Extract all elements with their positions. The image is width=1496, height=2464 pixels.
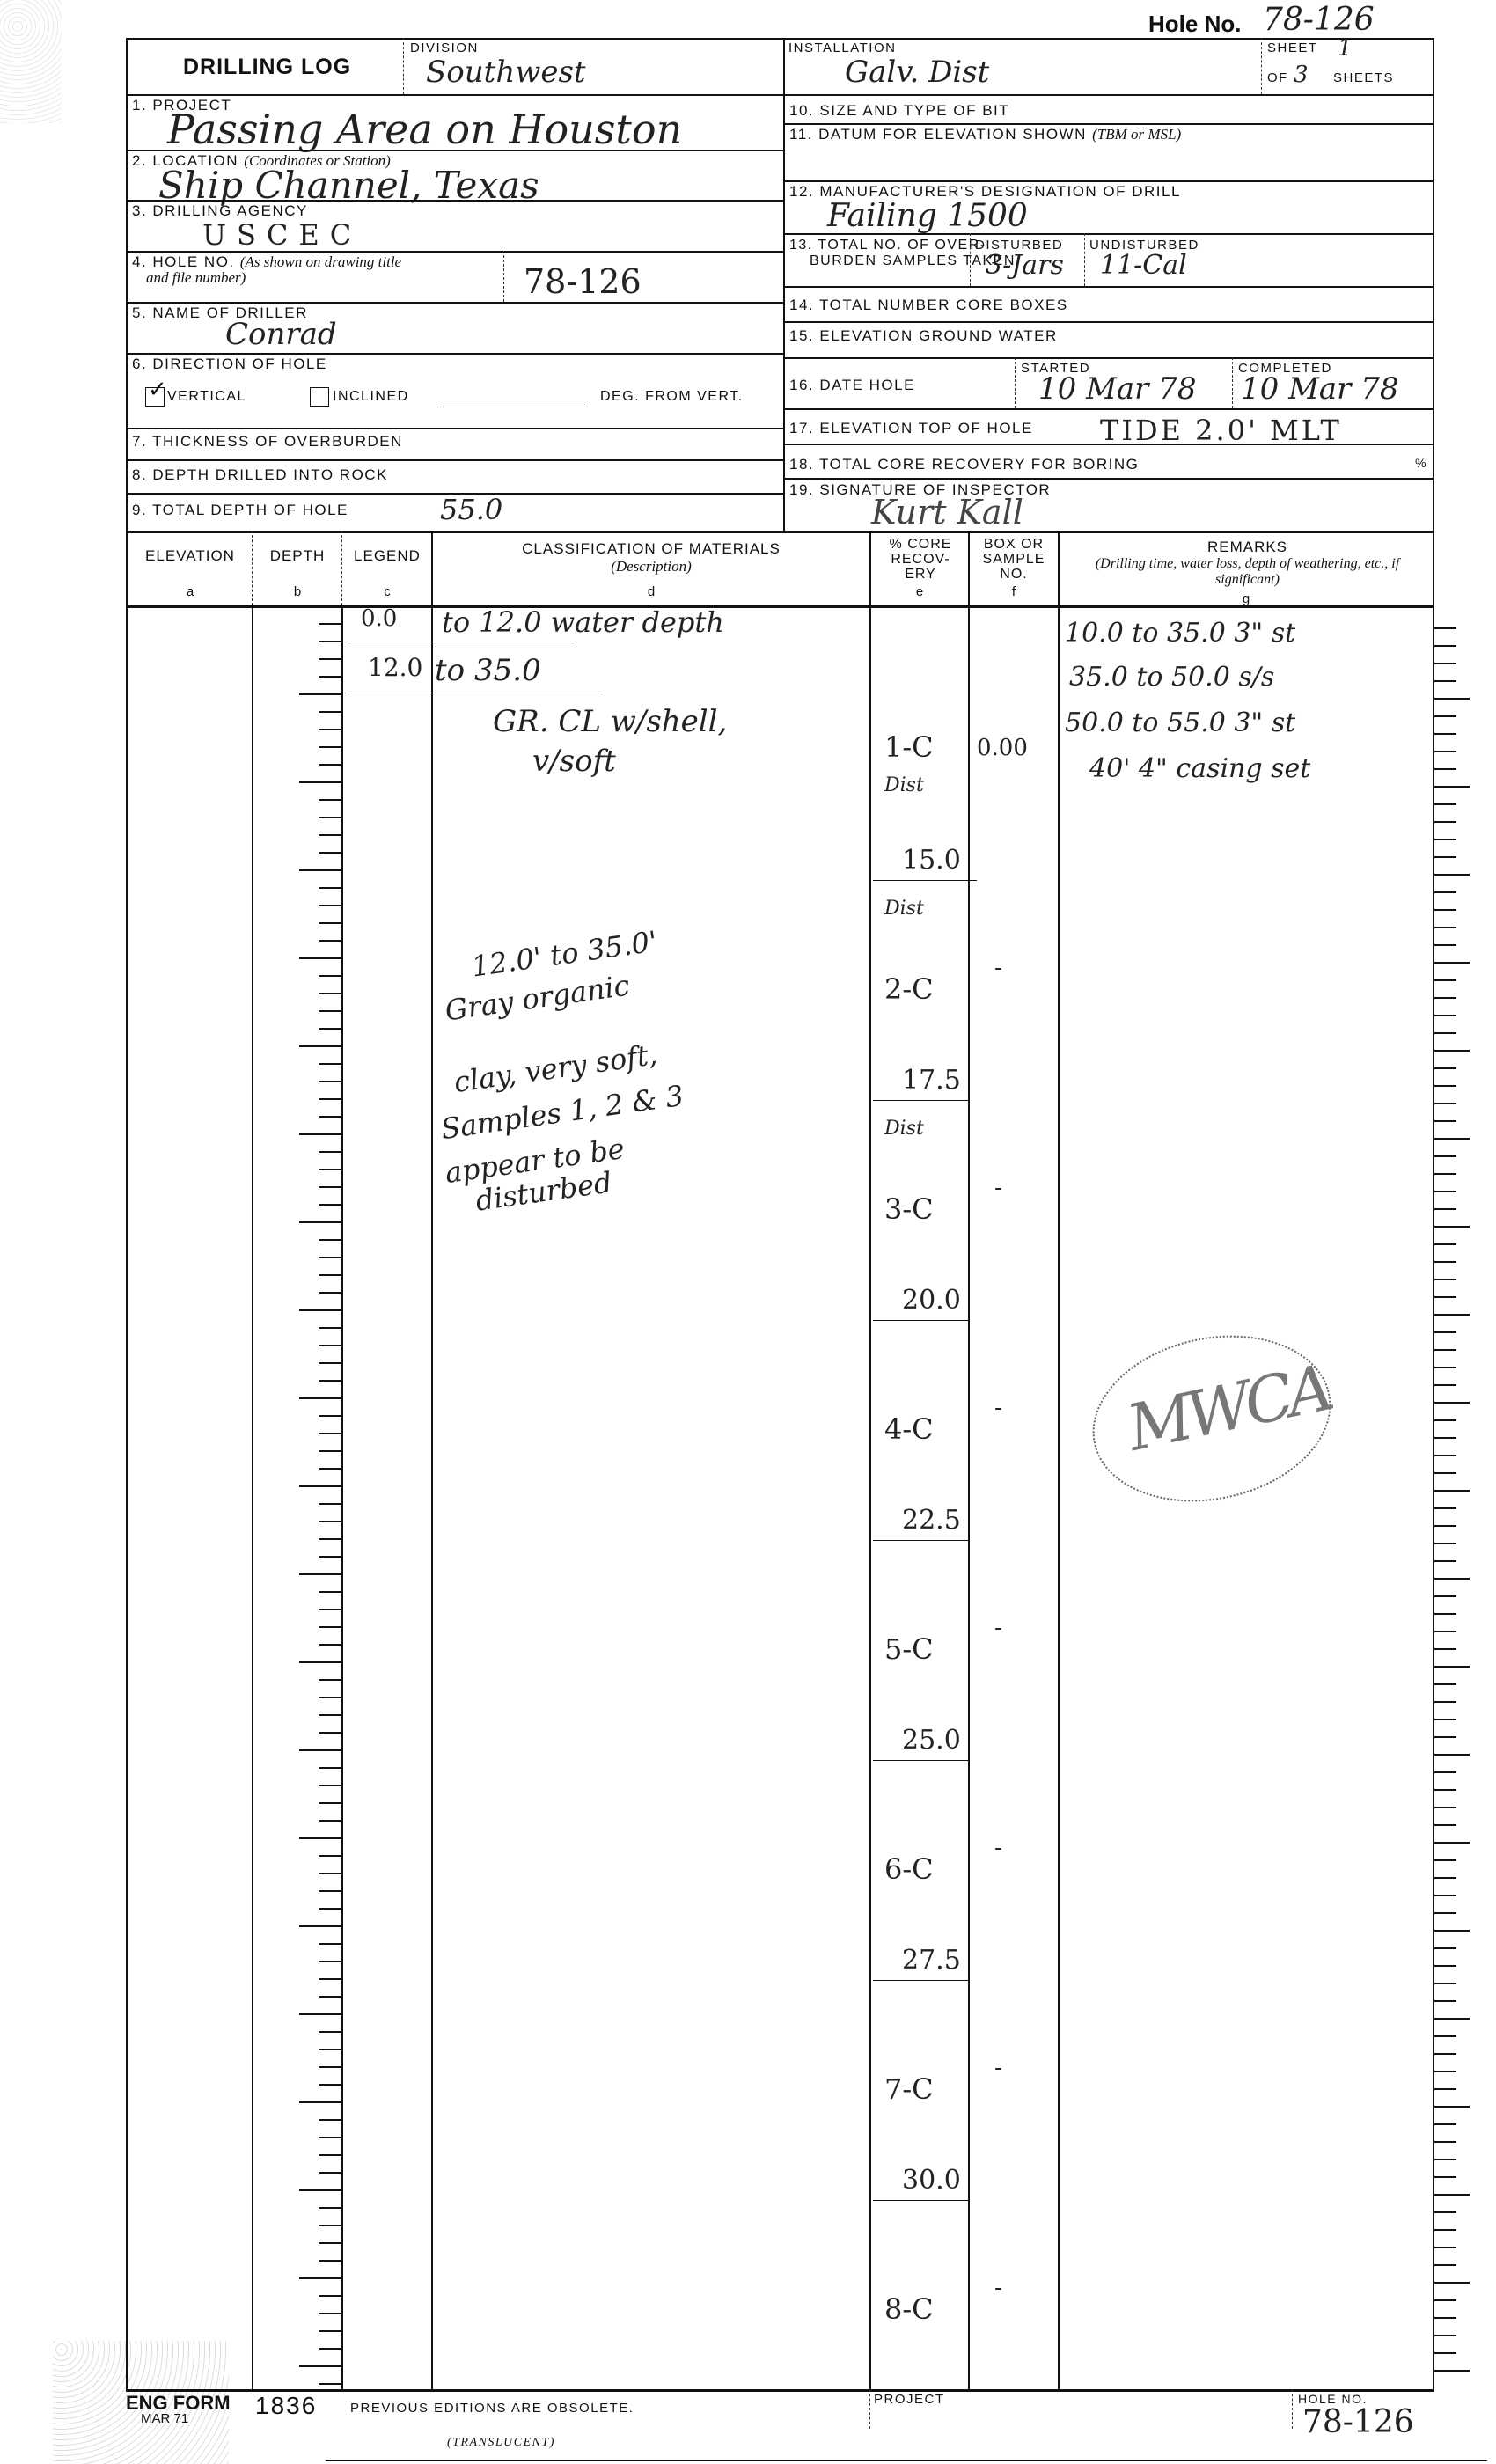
sample-divider [873,1980,968,1981]
ruler-tick [319,2295,341,2297]
undisturbed-value[interactable]: 11-Cal [1100,250,1187,281]
ruler-tick [1434,1173,1456,1175]
col-divider [341,605,343,2389]
ruler-tick [1434,1032,1456,1034]
division-divider [403,38,404,94]
sample-end-depth: 22.5 [902,1505,961,1536]
ruler-tick [1434,1947,1456,1949]
ruler-tick [1434,1719,1456,1720]
col-header-remarks: REMARKS (Drilling time, water loss, dept… [1065,539,1430,588]
ruler-tick [1434,1807,1456,1808]
vertical-checkbox[interactable]: ✓ [145,387,165,407]
ruler-tick [319,711,341,713]
row-divider [783,444,1433,445]
sample-end-depth: 25.0 [902,1725,961,1756]
ruler-tick [299,1485,341,1487]
sample-id: 5-C [884,1632,934,1666]
started-divider [1015,357,1016,408]
ruler-tick [319,2348,341,2350]
sample-divider [873,1760,968,1761]
ruler-tick [1434,1578,1470,1580]
ruler-tick [299,2101,341,2103]
legend-entry: 0.0 [361,605,397,632]
row-divider [783,233,1433,235]
ruler-tick [319,1503,341,1505]
ruler-tick [319,940,341,942]
ruler-tick [319,2330,341,2332]
ruler-tick [299,1221,341,1223]
ruler-tick [1434,1560,1456,1562]
ruler-tick [1434,2282,1470,2284]
header-split [783,38,785,531]
frame-top [126,38,1433,40]
ruler-tick [319,1732,341,1734]
col-divider [341,531,342,605]
ruler-tick [1434,645,1456,647]
ruler-tick [319,993,341,994]
ruler-tick [319,2154,341,2156]
ruler-tick [1434,1666,1470,1668]
ground-water-label: 15. ELEVATION GROUND WATER [789,327,1058,345]
ruler-tick [1434,2194,1470,2196]
footer-hole-no-value: 78-126 [1302,2404,1414,2440]
ruler-tick [1434,874,1470,876]
ruler-tick [1434,2053,1456,2055]
samples-label-2: BURDEN SAMPLES TAKEN [810,253,1016,269]
ruler-tick [1434,2071,1456,2072]
ruler-tick [1434,2352,1456,2354]
ruler-tick [319,1450,341,1452]
description-underline [431,642,572,642]
ruler-tick [1434,786,1470,788]
ruler-tick [299,1397,341,1399]
ruler-tick [1434,1208,1456,1210]
inclined-checkbox[interactable] [310,387,329,407]
sample-id: 3-C [884,1192,934,1226]
row-divider [126,150,783,151]
obsolete-note: PREVIOUS EDITIONS ARE OBSOLETE. [350,2401,634,2416]
top-elev-label: 17. ELEVATION TOP OF HOLE [789,420,1033,437]
inclined-label: INCLINED [333,389,409,405]
project-value[interactable]: Passing Area on Houston [167,106,682,153]
drill-value[interactable]: Failing 1500 [827,198,1028,234]
ruler-tick [319,746,341,748]
row-divider [783,357,1433,359]
sample-divider [873,880,977,881]
sample-end-depth: 20.0 [902,1285,961,1316]
disturbed-value[interactable]: 3-Jars [986,250,1064,281]
ruler-tick [1434,1015,1456,1016]
ruler-tick [1434,1067,1456,1069]
ruler-tick [319,1802,341,1804]
sample-id: 1-C [884,730,934,764]
ruler-tick [299,2277,341,2279]
ruler-tick [1434,2159,1456,2160]
ruler-tick [319,1943,341,1945]
initials-stamp: MWCA [1077,1315,1346,1523]
agency-label: 3. DRILLING AGENCY [132,202,308,220]
col-divider [869,531,871,2389]
ruler-tick [319,1697,341,1698]
ruler-tick [1434,680,1456,682]
hole-no-label: 4. HOLE NO. (As shown on drawing title [132,253,401,271]
row-divider [126,94,1433,96]
ruler-tick [319,799,341,801]
ruler-tick [1434,979,1456,981]
remark-line: 50.0 to 55.0 3" st [1065,708,1295,738]
ruler-tick [1434,1191,1456,1192]
vertical-label: VERTICAL [167,389,246,405]
ruler-tick [299,1573,341,1575]
ruler-tick [319,1855,341,1857]
ruler-tick [1434,962,1470,964]
ruler-tick [299,869,341,871]
sample-divider [873,2200,968,2201]
ruler-tick [1434,2264,1456,2266]
sample-id: 2-C [884,972,934,1006]
ruler-tick [319,1890,341,1892]
table-top [126,531,1433,533]
ruler-tick [1434,1419,1456,1421]
ruler-tick [1434,1895,1456,1896]
ruler-tick [319,1714,341,1716]
sample-divider [873,1100,968,1101]
row-divider [126,251,783,253]
row-divider [783,286,1433,288]
ruler-tick [1434,2176,1456,2178]
ruler-tick [1434,821,1456,823]
ruler-tick [319,817,341,818]
ruler-tick [1434,1543,1456,1544]
ruler-tick [1434,839,1456,840]
description-line: GR. CL w/shell, [493,704,727,739]
ruler-tick [319,2313,341,2314]
col-header-core-recovery: % CORE RECOV- ERY [873,537,968,582]
deg-label: DEG. FROM VERT. [600,389,744,405]
ruler-tick [1434,1120,1456,1122]
ruler-tick [319,1081,341,1082]
ruler-tick [1434,1296,1456,1298]
col-letter: f [970,584,1058,599]
top-hole-no-label: Hole No. [1148,11,1241,38]
sample-note: Dist [884,898,924,920]
hole-no-value[interactable]: 78-126 [524,262,642,301]
description-note-line: Gray organic [443,968,631,1027]
agency-value[interactable]: USCEC [202,218,362,252]
ruler-tick [319,1098,341,1100]
sample-divider [873,1540,968,1541]
inspector-signature[interactable]: Kurt Kall [871,493,1023,532]
of-value[interactable]: 3 [1294,62,1309,88]
ruler-tick [319,1961,341,1962]
page-bottom-line [326,2460,1487,2461]
ruler-tick [319,1239,341,1241]
ruler-tick [1434,1736,1456,1738]
ruler-tick [1434,2335,1456,2336]
ruler-tick [1434,2106,1470,2108]
ruler-tick [1434,803,1456,805]
ruler-tick [319,1327,341,1329]
col-divider [1058,531,1060,2389]
footer-project-label: PROJECT [874,2392,945,2407]
ruler-tick [1434,1701,1456,1703]
ruler-tick [319,1362,341,1364]
total-depth-label: 9. TOTAL DEPTH OF HOLE [132,502,348,519]
description-line: v/soft [532,744,616,779]
ruler-tick [1434,1226,1470,1228]
ruler-tick [1434,1877,1456,1879]
ruler-tick [1434,1930,1470,1932]
ruler-tick [319,1556,341,1558]
ruler-tick [1434,1279,1456,1280]
ruler-tick [299,1309,341,1311]
form-number: 1836 [255,2392,317,2420]
ruler-tick [1434,2229,1456,2231]
ruler-tick [1434,1050,1470,1052]
ruler-tick [1434,909,1456,911]
ruler-tick [1434,1384,1456,1386]
sample-recovery: - [994,1395,1002,1421]
ruler-tick [319,1644,341,1646]
remark-line: 35.0 to 50.0 s/s [1069,662,1274,693]
ruler-tick [1434,1771,1456,1773]
sheet-value[interactable]: 1 [1338,35,1353,62]
sample-note: Dist [884,1118,924,1140]
ruler-tick [1434,1455,1456,1456]
sample-recovery: 0.00 [977,735,1028,761]
ruler-tick [299,1661,341,1663]
ruler-tick [1434,2211,1456,2213]
col-header-depth: DEPTH [253,547,341,565]
ruler-tick [319,1433,341,1434]
stamp-initials: MWCA [1121,1351,1335,1465]
ruler-tick [1434,1965,1456,1967]
ruler-tick [319,975,341,977]
driller-value[interactable]: Conrad [225,317,337,352]
ruler-tick [1434,856,1456,858]
frame-left [126,38,128,2392]
ruler-tick [1434,751,1456,752]
ruler-tick [319,1609,341,1610]
ruler-tick [319,1820,341,1822]
scan-noise [0,0,62,123]
ruler-tick [1434,1155,1456,1157]
ruler-tick [299,781,341,783]
sample-end-depth: 30.0 [902,2165,961,2196]
ruler-tick [1434,1437,1456,1439]
undisturbed-divider [1084,233,1085,286]
ruler-tick [299,693,341,695]
col-letter: a [128,584,252,599]
ruler-tick [319,1186,341,1188]
ruler-tick [319,1679,341,1681]
ruler-tick [1434,1243,1456,1245]
started-value[interactable]: 10 Mar 78 [1038,371,1196,407]
completed-value[interactable]: 10 Mar 78 [1241,371,1398,407]
bit-label: 10. SIZE AND TYPE OF BIT [789,102,1009,120]
sample-id: 7-C [884,2072,934,2106]
ruler-tick [1434,627,1456,629]
col-letter: c [343,584,431,599]
form-date: MAR 71 [141,2411,188,2426]
col-divider [252,605,253,2389]
sample-recovery: - [994,1835,1002,1861]
row-divider [126,353,783,355]
ruler-tick [319,1873,341,1874]
ruler-tick [1434,1507,1456,1509]
row-divider [126,428,783,429]
ruler-tick [1434,1754,1470,1756]
ruler-tick [319,2031,341,2033]
ruler-tick [1434,1613,1456,1615]
ruler-tick [319,676,341,678]
ruler-tick [319,1626,341,1628]
ruler-tick [1434,1789,1456,1791]
ruler-tick [319,2225,341,2226]
ruler-tick [319,641,341,642]
ruler-tick [1434,1983,1456,1984]
ruler-tick [1434,997,1456,999]
disturbed-divider [970,233,971,286]
sample-recovery: - [994,2055,1002,2081]
ruler-tick [319,1010,341,1012]
ruler-tick [319,2084,341,2086]
ruler-tick [1434,891,1456,893]
ruler-tick [319,623,341,625]
rock-label: 8. DEPTH DRILLED INTO ROCK [132,466,388,484]
ruler-tick [1434,2247,1456,2248]
ruler-tick [319,1204,341,1206]
col-letter: b [253,584,341,599]
ruler-tick [1434,663,1456,664]
ruler-tick [299,1925,341,1927]
ruler-tick [1434,2000,1456,2002]
legend-divider [348,693,603,693]
ruler-tick [1434,1859,1456,1861]
sample-id: 8-C [884,2292,934,2326]
remark-line: 40' 4" casing set [1089,753,1310,784]
top-hole-no-value: 78-126 [1263,2,1375,38]
sheet-label: SHEET [1267,40,1318,55]
frame-right [1433,38,1434,2392]
ruler-tick [319,1415,341,1417]
col-letter: e [871,584,968,599]
core-recovery-label: 18. TOTAL CORE RECOVERY FOR BORING [789,456,1139,473]
ruler-tick [1434,1824,1456,1826]
description-line: to 12.0 water depth [442,605,724,639]
ruler-tick [1434,2317,1456,2319]
ruler-tick [1434,1490,1470,1492]
ruler-tick [319,1468,341,1470]
remark-line: 10.0 to 35.0 3" st [1065,618,1295,649]
installation-value[interactable]: Galv. Dist [845,55,989,90]
ruler-tick [1434,2141,1456,2143]
ruler-tick [319,2383,341,2385]
sample-divider [873,1320,968,1321]
ruler-tick [319,2119,341,2121]
sample-id: 6-C [884,1852,934,1886]
ruler-tick [319,1274,341,1276]
ruler-tick [319,1908,341,1910]
division-value[interactable]: Southwest [426,55,586,90]
ruler-tick [1434,733,1456,735]
table-bottom [126,2389,1433,2392]
ruler-tick [299,2189,341,2191]
ruler-tick [319,2207,341,2209]
ruler-tick [1434,1349,1456,1351]
col-header-elevation: ELEVATION [128,547,252,565]
col-divider [252,531,253,605]
row-divider [783,123,1433,125]
ruler-tick [319,764,341,766]
total-depth-value[interactable]: 55.0 [440,493,502,526]
ruler-tick [319,1116,341,1118]
sample-end-depth: 27.5 [902,1945,961,1976]
ruler-tick [1434,1085,1456,1087]
row-divider [783,478,1433,480]
ruler-tick [319,1521,341,1522]
ruler-tick [319,1257,341,1258]
ruler-tick [319,834,341,836]
ruler-tick [319,1151,341,1153]
datum-label: 11. DATUM FOR ELEVATION SHOWN (TBM or MS… [789,126,1181,143]
samples-label-1: 13. TOTAL NO. OF OVER- [789,238,986,253]
ruler-tick [1434,1261,1456,1263]
sample-id: 4-C [884,1412,934,1446]
ruler-tick [1434,2018,1470,2020]
ruler-tick [319,905,341,906]
row-divider [126,200,783,202]
ruler-tick [319,1292,341,1294]
sample-recovery: - [994,1175,1002,1201]
translucent-note: (TRANSLUCENT) [447,2436,555,2450]
overburden-label: 7. THICKNESS OF OVERBURDEN [132,433,403,451]
ruler-tick [1434,1314,1470,1316]
hole-no-label-2: and file number) [146,269,246,287]
ruler-tick [319,1996,341,1998]
ruler-tick [1434,2123,1456,2125]
ruler-tick [1434,1683,1456,1685]
top-elev-value[interactable]: TIDE 2.0' MLT [1100,414,1342,447]
ruler-tick [319,1380,341,1382]
ruler-tick [319,2049,341,2050]
of-label: OF [1267,70,1288,85]
ruler-tick [1434,927,1456,928]
ruler-tick [299,1045,341,1047]
core-recovery-unit: % [1415,456,1427,470]
col-divider [968,531,970,2389]
row-divider [126,302,783,304]
ruler-tick [1434,1595,1456,1597]
ruler-tick [319,1591,341,1593]
ruler-tick [319,1345,341,1346]
deg-input-line[interactable] [440,407,585,407]
ruler-tick [299,1749,341,1751]
col-letter: d [433,584,869,599]
ruler-tick [1434,1402,1470,1404]
ruler-tick [299,1837,341,1839]
ruler-tick [1434,1103,1456,1104]
sample-recovery: - [994,2275,1002,2301]
hole-no-divider [503,251,504,302]
ruler-tick [1434,1472,1456,1474]
row-divider [126,459,783,461]
ruler-tick [1434,1138,1470,1140]
sheets-label: SHEETS [1333,70,1394,85]
ruler-tick [1434,768,1456,770]
ruler-tick [1434,1842,1470,1844]
division-label: DIVISION [410,40,479,55]
